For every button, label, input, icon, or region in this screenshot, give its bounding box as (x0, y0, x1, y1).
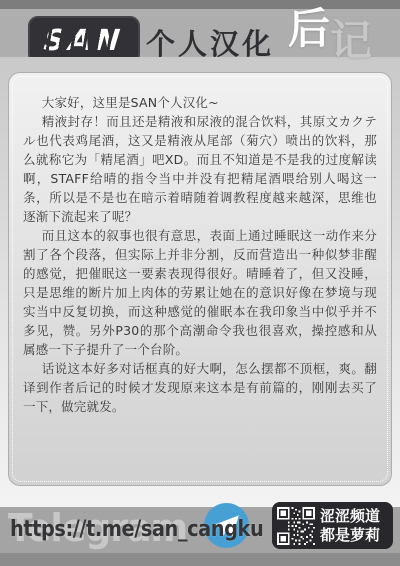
afterword-card: 大家好，这里是SAN个人汉化~ 精液封存！而且还是精液和尿液的混合饮料，其原文カ… (8, 72, 392, 486)
qr-caption: 涩涩频道 都是萝莉 (320, 507, 380, 545)
afterword-paragraph: 大家好，这里是SAN个人汉化~ (23, 93, 377, 112)
footer-band: Telegram https://t.me/san_cangku (0, 507, 400, 553)
scanlation-afterword-page: SAN 个人汉化 后 记 大家好，这里是SAN个人汉化~ 精液封存！而且还是精液… (0, 0, 400, 566)
main-section: 大家好，这里是SAN个人汉化~ 精液封存！而且还是精液和尿液的混合饮料，其原文カ… (0, 57, 400, 507)
afterword-char-1: 后 (288, 8, 330, 50)
afterword-paragraph: 精液封存！而且还是精液和尿液的混合饮料，其原文カクテル也代表鸡尾酒，这又是精液从… (23, 112, 377, 226)
afterword-corner-title: 后 记 (284, 0, 400, 70)
qr-caption-line2: 都是萝莉 (320, 526, 380, 545)
san-logo-text: SAN (43, 26, 126, 55)
afterword-paragraph: 话说这本好多对话框真的好大啊，怎么摆都不顶框，爽。翻译到作者后记的时候才发现原来… (23, 359, 377, 416)
afterword-paragraph: 而且这本的叙事也很有意思，表面上通过睡眠这一动作来分割了各个段落，但实际上并非分… (23, 226, 377, 359)
qr-banner: 涩涩频道 都是萝莉 (272, 502, 393, 549)
qr-caption-line1: 涩涩频道 (320, 507, 380, 526)
telegram-channel-url[interactable]: https://t.me/san_cangku (10, 519, 263, 541)
bottom-border-strip (0, 553, 400, 566)
afterword-char-2: 记 (330, 20, 372, 62)
qr-code-icon (277, 507, 315, 545)
